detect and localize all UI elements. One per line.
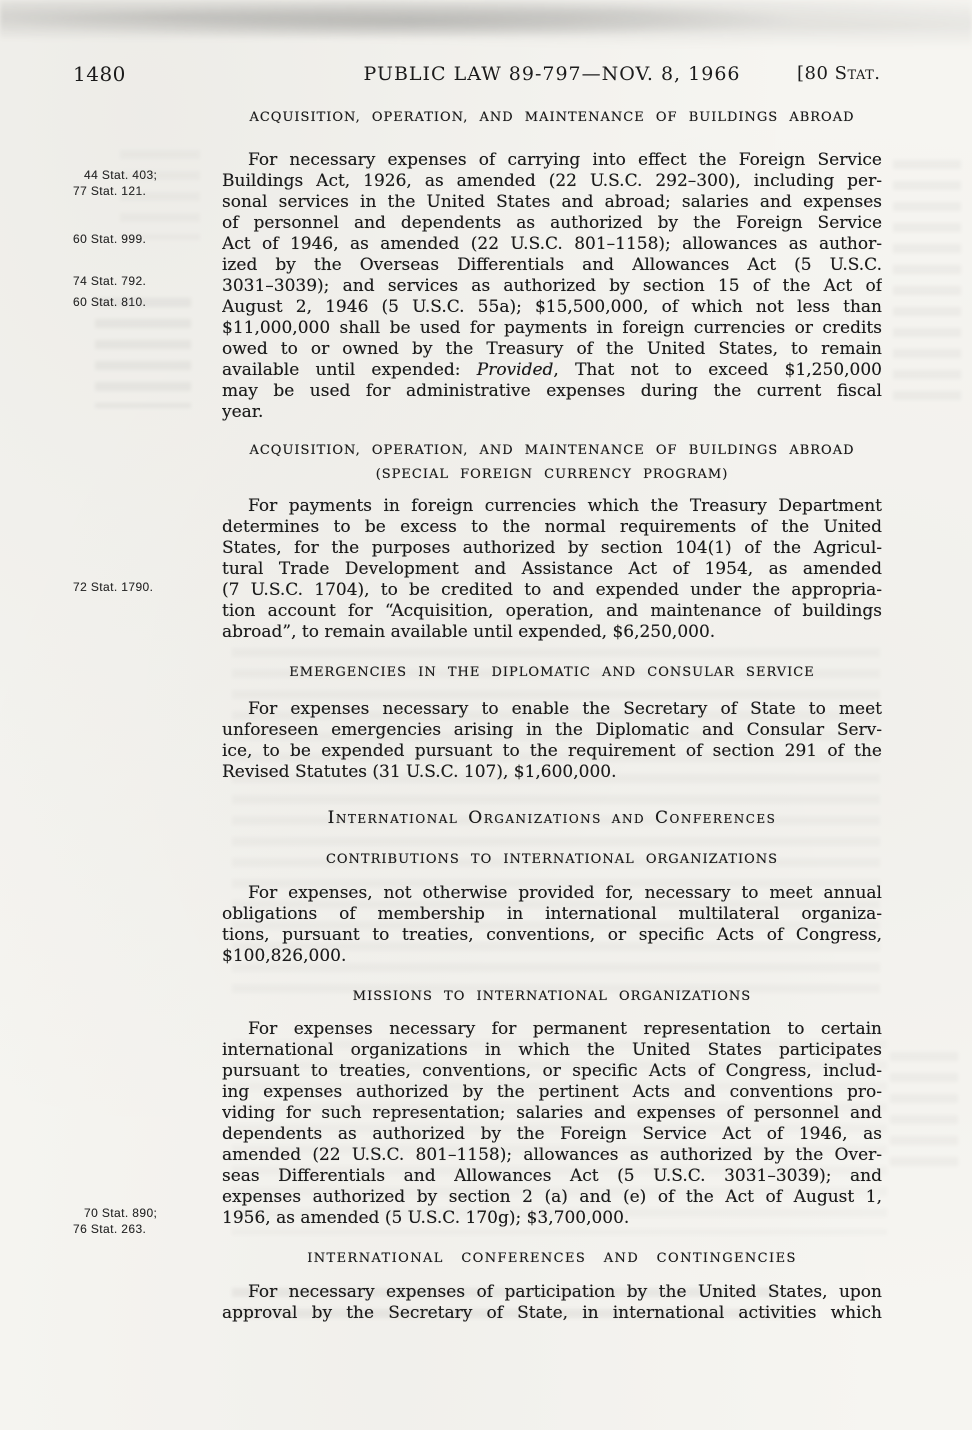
text-line: 77 Stat. 121.: [73, 184, 197, 200]
text-line: year.: [222, 402, 882, 423]
text-line: 60 Stat. 810.: [73, 295, 197, 311]
text-line: 60 Stat. 999.: [73, 232, 197, 248]
section-heading-contributions: CONTRIBUTIONS TO INTERNATIONAL ORGANIZAT…: [222, 852, 882, 867]
text-line: dependents as authorized by the Foreign …: [222, 1124, 882, 1145]
text-line: ice, to be expended pursuant to the requ…: [222, 741, 882, 762]
running-head-law-title: PUBLIC LAW 89-797—NOV. 8, 1966: [222, 63, 882, 85]
paragraph-missions: For expenses necessary for permanent rep…: [222, 1019, 882, 1229]
section-heading-special-currency-line2: (SPECIAL FOREIGN CURRENCY PROGRAM): [222, 467, 882, 482]
text-line: tural Trade Development and Assistance A…: [222, 559, 882, 580]
text-line: viding for such representation; salaries…: [222, 1103, 882, 1124]
text-line: For necessary expenses of carrying into …: [222, 150, 882, 171]
bleedthrough-artifact: [95, 298, 191, 408]
text-line: Act of 1946, as amended (22 U.S.C. 801–1…: [222, 234, 882, 255]
margin-note-stat-999: 60 Stat. 999.: [73, 232, 197, 248]
text-line: 44 Stat. 403;: [73, 168, 197, 184]
text-line: expenses authorized by section 2 (a) and…: [222, 1187, 882, 1208]
paragraph-contributions: For expenses, not otherwise provided for…: [222, 883, 882, 967]
page-number: 1480: [73, 62, 126, 86]
text-line: determines to be excess to the normal re…: [222, 517, 882, 538]
text-line: tions, pursuant to treaties, conventions…: [222, 925, 882, 946]
text-line: 70 Stat. 890;: [73, 1206, 197, 1222]
paragraph-conferences-contingencies: For necessary expenses of participation …: [222, 1282, 882, 1324]
text-line: approval by the Secretary of State, in i…: [222, 1303, 882, 1324]
scan-artifact-top-edge: [0, 0, 972, 48]
text-line: owed to or owned by the Treasury of the …: [222, 339, 882, 360]
text-line: ing expenses authorized by the pertinent…: [222, 1082, 882, 1103]
text-line: August 2, 1946 (5 U.S.C. 55a); $15,500,0…: [222, 297, 882, 318]
text-line: 74 Stat. 792.: [73, 274, 197, 290]
text-line: sonal services in the United States and …: [222, 192, 882, 213]
text-line: For necessary expenses of participation …: [222, 1282, 882, 1303]
text-line: ized by the Overseas Differentials and A…: [222, 255, 882, 276]
paragraph-special-currency: For payments in foreign currencies which…: [222, 496, 882, 643]
text-line: obligations of membership in internation…: [222, 904, 882, 925]
paragraph-buildings-abroad: For necessary expenses of carrying into …: [222, 150, 882, 423]
section-heading-special-currency-line1: ACQUISITION, OPERATION, AND MAINTENANCE …: [222, 443, 882, 458]
center-heading-international-organizations: International Organizations and Conferen…: [222, 808, 882, 828]
margin-note-stat-810: 60 Stat. 810.: [73, 295, 197, 311]
margin-note-stat-403: 44 Stat. 403;77 Stat. 121.: [73, 168, 197, 199]
text-line: available until expended: Provided, That…: [222, 360, 882, 381]
margin-note-stat-1790: 72 Stat. 1790.: [73, 580, 197, 596]
text-line: Revised Statutes (31 U.S.C. 107), $1,600…: [222, 762, 882, 783]
section-heading-buildings-abroad: ACQUISITION, OPERATION, AND MAINTENANCE …: [222, 110, 882, 125]
text-line: amended (22 U.S.C. 801–1158); allowances…: [222, 1145, 882, 1166]
text-line: 72 Stat. 1790.: [73, 580, 197, 596]
text-line: For expenses necessary for permanent rep…: [222, 1019, 882, 1040]
margin-note-stat-792: 74 Stat. 792.: [73, 274, 197, 290]
text-line: seas Differentials and Allowances Act (5…: [222, 1166, 882, 1187]
section-heading-missions: MISSIONS TO INTERNATIONAL ORGANIZATIONS: [222, 989, 882, 1004]
text-line: States, for the purposes authorized by s…: [222, 538, 882, 559]
section-heading-emergencies: EMERGENCIES IN THE DIPLOMATIC AND CONSUL…: [222, 665, 882, 680]
scanned-page: 1480 PUBLIC LAW 89-797—NOV. 8, 1966 [80 …: [0, 0, 972, 1430]
text-line: $100,826,000.: [222, 946, 882, 967]
margin-note-stat-890: 70 Stat. 890;76 Stat. 263.: [73, 1206, 197, 1237]
text-line: abroad”, to remain available until expen…: [222, 622, 882, 643]
text-line: For expenses, not otherwise provided for…: [222, 883, 882, 904]
text-line: For payments in foreign currencies which…: [222, 496, 882, 517]
text-line: pursuant to treaties, conventions, or sp…: [222, 1061, 882, 1082]
text-line: Buildings Act, 1926, as amended (22 U.S.…: [222, 171, 882, 192]
text-line: $11,000,000 shall be used for payments i…: [222, 318, 882, 339]
section-heading-conferences-contingencies: INTERNATIONAL CONFERENCES AND CONTINGENC…: [222, 1251, 882, 1266]
text-line: 1956, as amended (5 U.S.C. 170g); $3,700…: [222, 1208, 882, 1229]
text-line: of personnel and dependents as authorize…: [222, 213, 882, 234]
bleedthrough-artifact: [893, 160, 961, 410]
text-line: 3031–3039); and services as authorized b…: [222, 276, 882, 297]
text-line: (7 U.S.C. 1704), to be credited to and e…: [222, 580, 882, 601]
text-line: For expenses necessary to enable the Sec…: [222, 699, 882, 720]
text-line: may be used for administrative expenses …: [222, 381, 882, 402]
text-line: 76 Stat. 263.: [73, 1222, 197, 1238]
running-head-stat-volume: [80 Stat.: [797, 63, 881, 84]
bleedthrough-artifact: [890, 1052, 958, 1172]
paragraph-emergencies: For expenses necessary to enable the Sec…: [222, 699, 882, 783]
text-line: tion account for “Acquisition, operation…: [222, 601, 882, 622]
statute-page-scan: { "header": { "page_number": "1480", "la…: [0, 0, 972, 1430]
text-line: international organizations in which the…: [222, 1040, 882, 1061]
text-line: unforeseen emergencies arising in the Di…: [222, 720, 882, 741]
